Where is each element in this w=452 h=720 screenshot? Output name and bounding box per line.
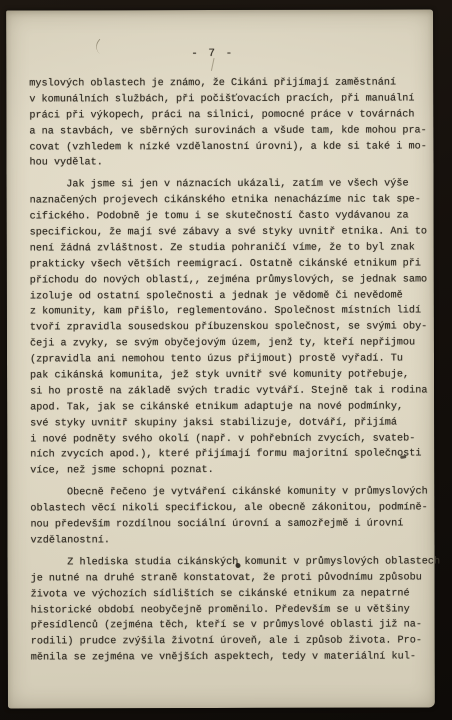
text-line: více, než jsme schopni poznat.: [30, 463, 434, 480]
text-line: z komunity, kam přišlo, reglementováno. …: [30, 304, 434, 321]
text-line: vzdělanostní.: [30, 532, 434, 549]
text-line: nou především rozdílnou sociální úrovní …: [30, 516, 434, 533]
text-line: Obecně řečeno je vytváření cikánské komu…: [30, 485, 434, 502]
text-line: apod. Tak, jak se cikánské etnikum adapt…: [30, 399, 434, 416]
text-line: pak cikánská komunita, jež styk uvnitř s…: [30, 367, 434, 384]
text-line: není žádná zvláštnost. Ze studia pohrani…: [30, 240, 434, 257]
text-line: izoluje od ostatní společnosti a jednak …: [30, 288, 434, 305]
text-line: rodili) prudce zvýšila životní úroveň, a…: [31, 634, 435, 651]
text-line: Z hlediska studia cikánských komunit v p…: [31, 554, 435, 571]
text-line: života ve výchozích sídlištích se cikáns…: [31, 586, 435, 603]
text-line: tvoří zpravidla sousedskou příbuzenskou …: [30, 320, 434, 337]
text-line: Jak jsme si jen v náznacích ukázali, zat…: [30, 177, 434, 194]
text-line: v komunálních službách, při počišťovacíc…: [29, 91, 433, 108]
text-line: čeji a zvyky, se svým obyčejovým územ, j…: [30, 336, 434, 353]
text-line: a na stavbách, ve sběrných surovinách a …: [29, 123, 433, 140]
text-line: své styky uvnitř skupiny jaksi stabilizu…: [30, 415, 434, 432]
text-line: covat (vzhledem k nízké vzdělanostní úro…: [29, 139, 433, 156]
text-line: příchodu do nových oblastí,, zejména prů…: [30, 272, 434, 289]
text-line: myslových oblastech je známo, že Cikáni …: [29, 75, 433, 92]
text-line: (zpravidla ani nemohou tento úzus přijmo…: [30, 352, 434, 369]
text-line: měnila se zejména ve vnějších aspektech,…: [31, 650, 435, 667]
ink-blot: [236, 563, 241, 568]
text-line: hou vydělat.: [29, 155, 433, 172]
text-line: je nutné na druhé straně konstatovat, že…: [31, 570, 435, 587]
text-line: si ho prostě na základě svých tradic vyt…: [30, 383, 434, 400]
text-line: ních zvycích apod.), které přijímají for…: [30, 447, 434, 464]
text-line: historické období neobyčejně proměnilo. …: [31, 602, 435, 619]
document-page: - 7 - myslových oblastech je známo, že C…: [6, 9, 435, 708]
body-text: myslových oblastech je známo, že Cikáni …: [29, 75, 435, 666]
text-line: cifického. Podobně je tomu i se skutečno…: [30, 209, 434, 226]
text-line: oblastech věcí nikoli specifickou, ale o…: [30, 501, 434, 518]
text-line: i nové podněty svého okolí (např. v pohř…: [30, 431, 434, 448]
text-line: přesídlenců (zejména těch, kteří se v pr…: [31, 618, 435, 635]
text-line: specifickou, že mají své zábavy a své st…: [30, 224, 434, 241]
text-line: naznačených projevech cikánského etnika …: [30, 193, 434, 210]
text-line: prakticky všech větších reemigrací. Osta…: [30, 256, 434, 273]
text-line: práci při výkopech, práci na silnici, po…: [29, 107, 433, 124]
